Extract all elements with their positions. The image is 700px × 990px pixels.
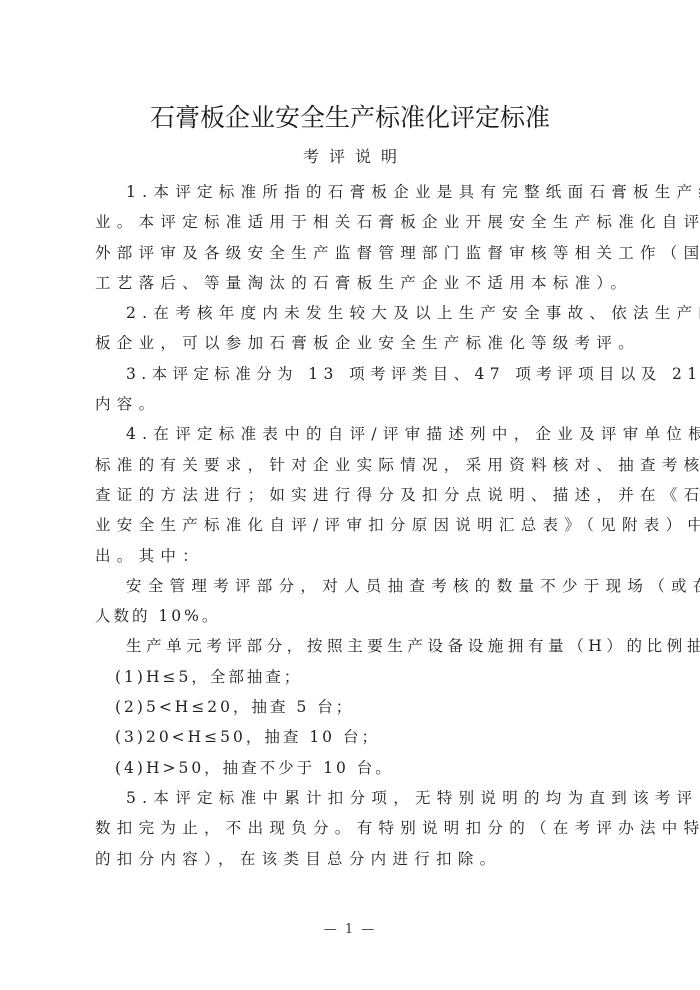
- paragraph-5-line-1: 5.本评定标准中累计扣分项，无特别说明的均为直到该考评内容分: [95, 783, 610, 813]
- document-page: 石膏板企业安全生产标准化评定标准 考评说明 1.本评定标准所指的石膏板企业是具有…: [0, 0, 700, 990]
- paragraph-2-line-2: 板企业，可以参加石膏板企业安全生产标准化等级考评。: [95, 328, 610, 358]
- sampling-rule-2: (2)5<H≤20，抽查 5 台；: [95, 692, 610, 722]
- paragraph-4-line-5: 出。其中：: [95, 541, 610, 571]
- paragraph-3-line-1: 3.本评定标准分为 13 项考评类目、47 项考评项目以及 217 条考评: [95, 359, 610, 389]
- document-subtitle: 考评说明: [0, 144, 700, 170]
- paragraph-2-line-1: 2.在考核年度内未发生较大及以上生产安全事故、依法生产的石膏: [95, 298, 610, 328]
- paragraph-1-line-3: 外部评审及各级安全生产监督管理部门监督审核等相关工作（国家明令: [95, 238, 610, 268]
- paragraph-4-line-1: 4.在评定标准表中的自评/评审描述列中，企业及评审单位根据评定: [95, 419, 610, 449]
- safety-management-line-2: 人数的 10%。: [95, 601, 610, 631]
- sampling-rule-4: (4)H>50，抽查不少于 10 台。: [95, 753, 610, 783]
- paragraph-4-line-2: 标准的有关要求，针对企业实际情况，采用资料核对、抽查考核和现场: [95, 450, 610, 480]
- page-number: — 1 —: [0, 922, 700, 937]
- sampling-rule-3: (3)20<H≤50，抽查 10 台；: [95, 722, 610, 752]
- paragraph-4-line-4: 业安全生产标准化自评/评审扣分原因说明汇总表》（见附表）中逐条列: [95, 510, 610, 540]
- paragraph-1-line-1: 1.本评定标准所指的石膏板企业是具有完整纸面石膏板生产线的企: [95, 177, 610, 207]
- paragraph-1-line-4: 工艺落后、等量淘汰的石膏板生产企业不适用本标准）。: [95, 268, 610, 298]
- safety-management-line-1: 安全管理考评部分，对人员抽查考核的数量不少于现场（或在册）: [95, 571, 610, 601]
- sampling-rule-1: (1)H≤5，全部抽查；: [95, 662, 610, 692]
- paragraph-4-line-3: 查证的方法进行；如实进行得分及扣分点说明、描述，并在《石膏板企: [95, 480, 610, 510]
- paragraph-3-line-2: 内容。: [95, 389, 610, 419]
- production-unit-line: 生产单元考评部分，按照主要生产设备设施拥有量（H）的比例抽查：: [95, 631, 610, 661]
- document-body: 1.本评定标准所指的石膏板企业是具有完整纸面石膏板生产线的企 业。本评定标准适用…: [95, 177, 610, 874]
- document-title: 石膏板企业安全生产标准化评定标准: [0, 100, 700, 136]
- paragraph-5-line-2: 数扣完为止，不出现负分。有特别说明扣分的（在考评办法中特别强调: [95, 813, 610, 843]
- paragraph-1-line-2: 业。本评定标准适用于相关石膏板企业开展安全生产标准化自评、申请、: [95, 207, 610, 237]
- paragraph-5-line-3: 的扣分内容），在该类目总分内进行扣除。: [95, 844, 610, 874]
